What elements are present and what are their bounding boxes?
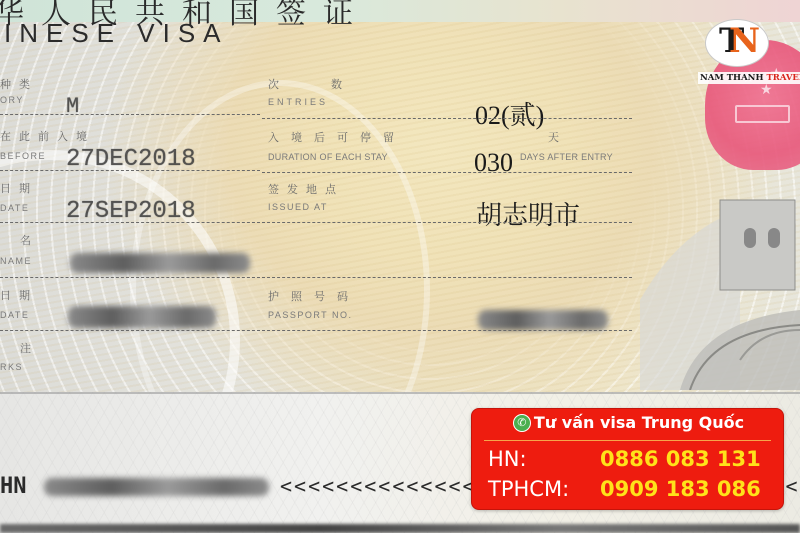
- promo-heading: ✆ Tư vấn visa Trung Quốc: [472, 413, 785, 432]
- promo-divider: [484, 440, 771, 441]
- redacted-birth-date: [68, 306, 216, 328]
- brand-name: NAM THANH TRAVEL: [698, 72, 800, 84]
- label-category-cn: 种类: [0, 76, 38, 92]
- label-issued-at-cn: 签发地点: [268, 181, 344, 197]
- redacted-mrz: [44, 478, 269, 496]
- label-entries-cn: 次数: [268, 76, 394, 92]
- star-icon: ★: [760, 82, 773, 98]
- dashed-rule: [0, 222, 260, 223]
- label-issued-at-en: ISSUED AT: [268, 202, 328, 212]
- value-category: M: [66, 94, 79, 119]
- brand-name-part1: NAM THANH: [700, 73, 763, 83]
- label-duration-cn: 入境后可停留: [268, 129, 406, 145]
- mrz-prefix: HN: [0, 474, 27, 499]
- label-remarks-en: RKS: [0, 362, 23, 372]
- dashed-rule: [262, 172, 632, 173]
- contact-row-tphcm: TPHCM:0909 183 086: [488, 477, 761, 501]
- phone-icon: ✆: [513, 414, 531, 432]
- dashed-rule: [262, 277, 632, 278]
- contact-promo-box: ✆ Tư vấn visa Trung Quốc HN:0886 083 131…: [471, 408, 784, 510]
- label-remarks-cn: 注: [20, 340, 39, 356]
- dashed-rule: [262, 222, 632, 223]
- redacted-name: [70, 253, 250, 273]
- contact-phone[interactable]: 0886 083 131: [600, 447, 761, 471]
- value-entries: 02(贰): [475, 95, 544, 132]
- dashed-rule: [0, 277, 260, 278]
- visa-title-english: INESE VISA: [4, 18, 229, 49]
- value-issue-date: 27SEP2018: [66, 198, 196, 225]
- visa-image: 华人民共和国签证 INESE VISA ★ ★ ★ T N NAM THANH …: [0, 0, 800, 533]
- label-name-en: NAME: [0, 256, 32, 266]
- label-days-cn: 天: [548, 129, 567, 145]
- dashed-rule: [262, 330, 632, 331]
- tn-monogram-icon: T N: [717, 23, 757, 63]
- value-enter-before: 27DEC2018: [66, 146, 196, 173]
- label-passport-cn: 护照号码: [268, 288, 360, 304]
- label-passport-en: PASSPORT NO.: [268, 310, 353, 320]
- label-enter-before-en: BEFORE: [0, 151, 46, 161]
- brand-name-part2: TRAVEL: [766, 73, 800, 83]
- redacted-passport-number: [478, 310, 608, 330]
- label-issue-date-cn: 日期: [0, 180, 38, 196]
- contact-row-hn: HN:0886 083 131: [488, 447, 761, 471]
- label-name-cn: 名: [20, 232, 39, 248]
- label-enter-before-cn: 在此前入境: [0, 128, 95, 144]
- label-duration-en: DURATION OF EACH STAY: [268, 152, 388, 162]
- contact-phone[interactable]: 0909 183 086: [600, 477, 761, 501]
- brand-logo: T N: [705, 19, 769, 67]
- label-birth-date-en: DATE: [0, 310, 29, 320]
- label-issue-date-en: DATE: [0, 203, 29, 213]
- label-category-en: ORY: [0, 95, 24, 105]
- value-issued-at: 胡志明市: [476, 195, 580, 232]
- mrz-divider: [0, 392, 800, 394]
- dashed-rule: [0, 330, 260, 331]
- label-entries-en: ENTRIES: [268, 97, 328, 107]
- promo-heading-text: Tư vấn visa Trung Quốc: [534, 413, 744, 432]
- contact-label: HN:: [488, 447, 600, 471]
- contact-label: TPHCM:: [488, 477, 600, 501]
- logo-letter-n: N: [729, 21, 760, 61]
- great-wall-illustration: [640, 190, 800, 390]
- emblem-gate-icon: [735, 105, 790, 123]
- label-birth-date-cn: 日期: [0, 287, 38, 303]
- dashed-rule: [0, 170, 260, 171]
- label-days-en: DAYS AFTER ENTRY: [520, 152, 613, 162]
- value-duration: 030: [474, 148, 513, 178]
- mrz-bottom-line: [0, 524, 800, 533]
- dashed-rule: [0, 114, 260, 115]
- dashed-rule: [262, 118, 632, 119]
